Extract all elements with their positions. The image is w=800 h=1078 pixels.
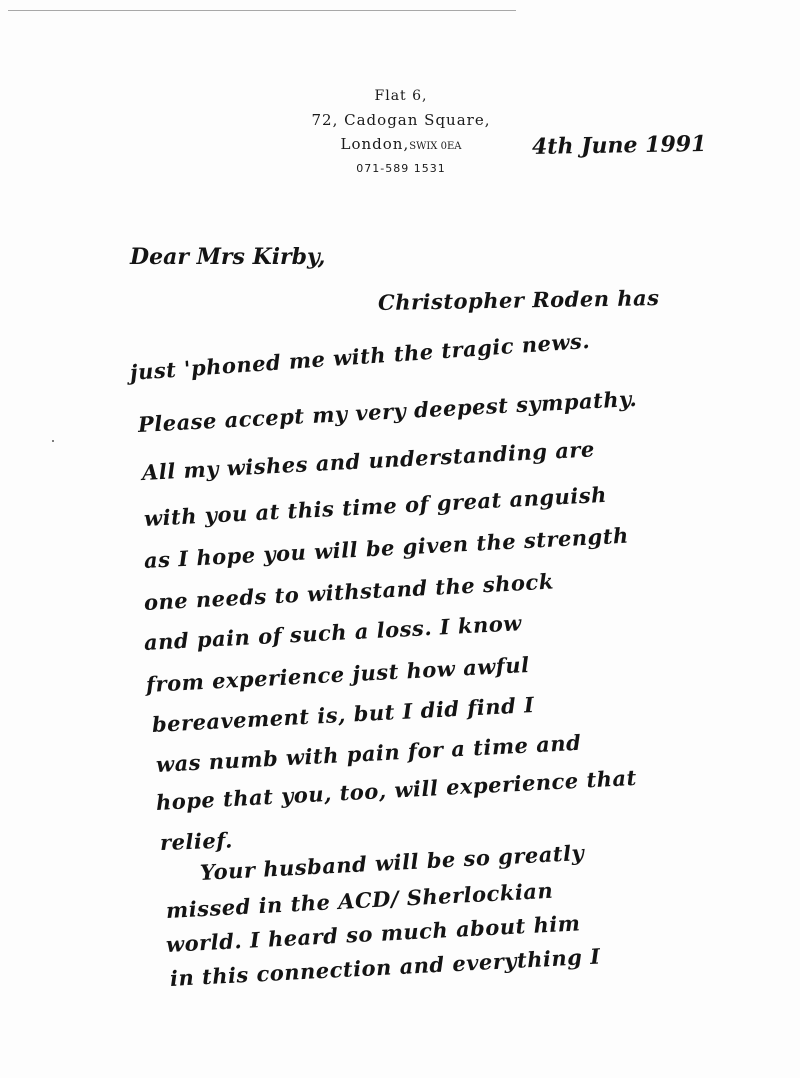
body-line: relief. [160, 827, 234, 855]
letterhead-city-line: London,SWIX 0EA [280, 132, 522, 159]
body-line: from experience just how awful [145, 652, 530, 697]
letterhead-city: London, [341, 135, 410, 153]
body-line: Christopher Roden has [378, 285, 660, 315]
body-line: as I hope you will be given the strength [143, 523, 629, 573]
body-line: bereavement is, but I did find I [151, 692, 535, 737]
body-line: All my wishes and understanding are [141, 436, 595, 485]
letter-date: 4th June 1991 [532, 131, 707, 160]
body-line: and pain of such a loss. I know [143, 610, 522, 655]
letterhead-phone: 071-589 1531 [280, 159, 522, 179]
body-line: just 'phoned me with the tragic news. [129, 328, 591, 385]
letter-page: Flat 6, 72, Cadogan Square, London,SWIX … [0, 0, 800, 1078]
body-line: was numb with pain for a time and [155, 730, 581, 777]
body-line: Please accept my very deepest sympathy. [137, 386, 637, 437]
salutation: Dear Mrs Kirby, [130, 244, 325, 270]
letterhead-street: 72, Cadogan Square, [280, 108, 522, 132]
top-edge-rule [8, 10, 516, 11]
body-line: with you at this time of great anguish [143, 482, 607, 531]
letterhead: Flat 6, 72, Cadogan Square, London,SWIX … [280, 84, 522, 179]
body-line: one needs to withstand the shock [143, 569, 554, 615]
letterhead-postcode: SWIX 0EA [409, 141, 461, 152]
ink-speck [52, 440, 54, 442]
letterhead-flat: Flat 6, [280, 84, 522, 108]
